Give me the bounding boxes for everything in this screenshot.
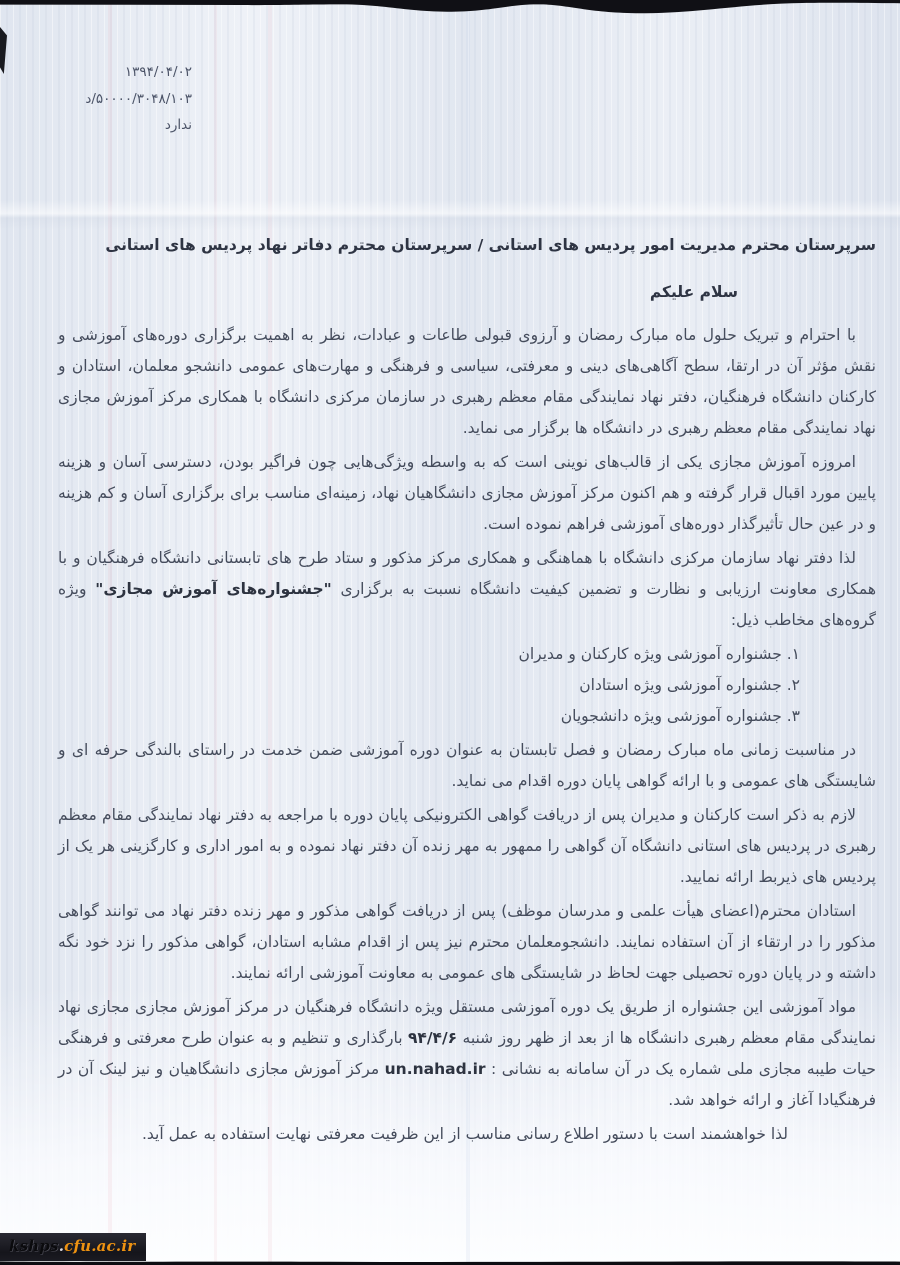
recipient-line: سرپرستان محترم مدیریت امور پردیس های است… [58,230,876,261]
list-item-students: ۳. جشنواره آموزشی ویژه دانشجویان [58,701,800,732]
paragraph-materials: مواد آموزشی این جشنواره از طریق یک دوره … [58,992,876,1116]
salutation-line: سلام علیکم [58,277,876,308]
watermark-prefix: kshps [9,1237,59,1255]
scanned-letter-page: ۱۳۹۴/۰۴/۰۲ د/۵۰۰۰۰/۳۰۴۸/۱۰۳ ندارد سرپرست… [0,0,900,1265]
paper-crease [0,200,900,230]
portal-url-bold: un.nahad.ir [385,1060,486,1078]
paragraph-closing: لذا خواهشمند است با دستور اطلاع رسانی من… [58,1119,876,1150]
list-item-professors: ۲. جشنواره آموزشی ویژه استادان [58,670,800,701]
paragraph-intro: با احترام و تبریک حلول ماه مبارک رمضان و… [58,320,876,444]
festival-name-bold: "جشنواره‌های آموزش مجازی" [95,580,331,598]
upload-date-bold: ۹۴/۴/۶ [408,1029,457,1047]
paragraph-certificate-staff: لازم به ذکر است کارکنان و مدیران پس از د… [58,800,876,893]
watermark-domain: cfu.ac.ir [64,1237,135,1255]
scan-edge-artifact-bottom [0,1256,900,1265]
paragraph-certificate-professors: استادان محترم(اعضای هیأت علمی و مدرسان م… [58,896,876,989]
paragraph-timing: در مناسبت زمانی ماه مبارک رمضان و فصل تا… [58,735,876,797]
paragraph-festival-announcement: لذا دفتر نهاد سازمان مرکزی دانشگاه با هم… [58,543,876,636]
scan-edge-artifact-top [0,0,900,20]
letter-date: ۱۳۹۴/۰۴/۰۲ [0,66,192,80]
paragraph-virtual-education: امروزه آموزش مجازی یکی از قالب‌های نوینی… [58,447,876,540]
letter-body: سرپرستان محترم مدیریت امور پردیس های است… [58,230,876,1153]
letter-attachment-status: ندارد [0,119,192,133]
festival-list: ۱. جشنواره آموزشی ویژه کارکنان و مدیران … [58,639,800,732]
letter-reference-number: د/۵۰۰۰۰/۳۰۴۸/۱۰۳ [0,93,192,107]
letter-header-block: ۱۳۹۴/۰۴/۰۲ د/۵۰۰۰۰/۳۰۴۸/۱۰۳ ندارد [0,66,192,146]
list-item-staff: ۱. جشنواره آموزشی ویژه کارکنان و مدیران [58,639,800,670]
